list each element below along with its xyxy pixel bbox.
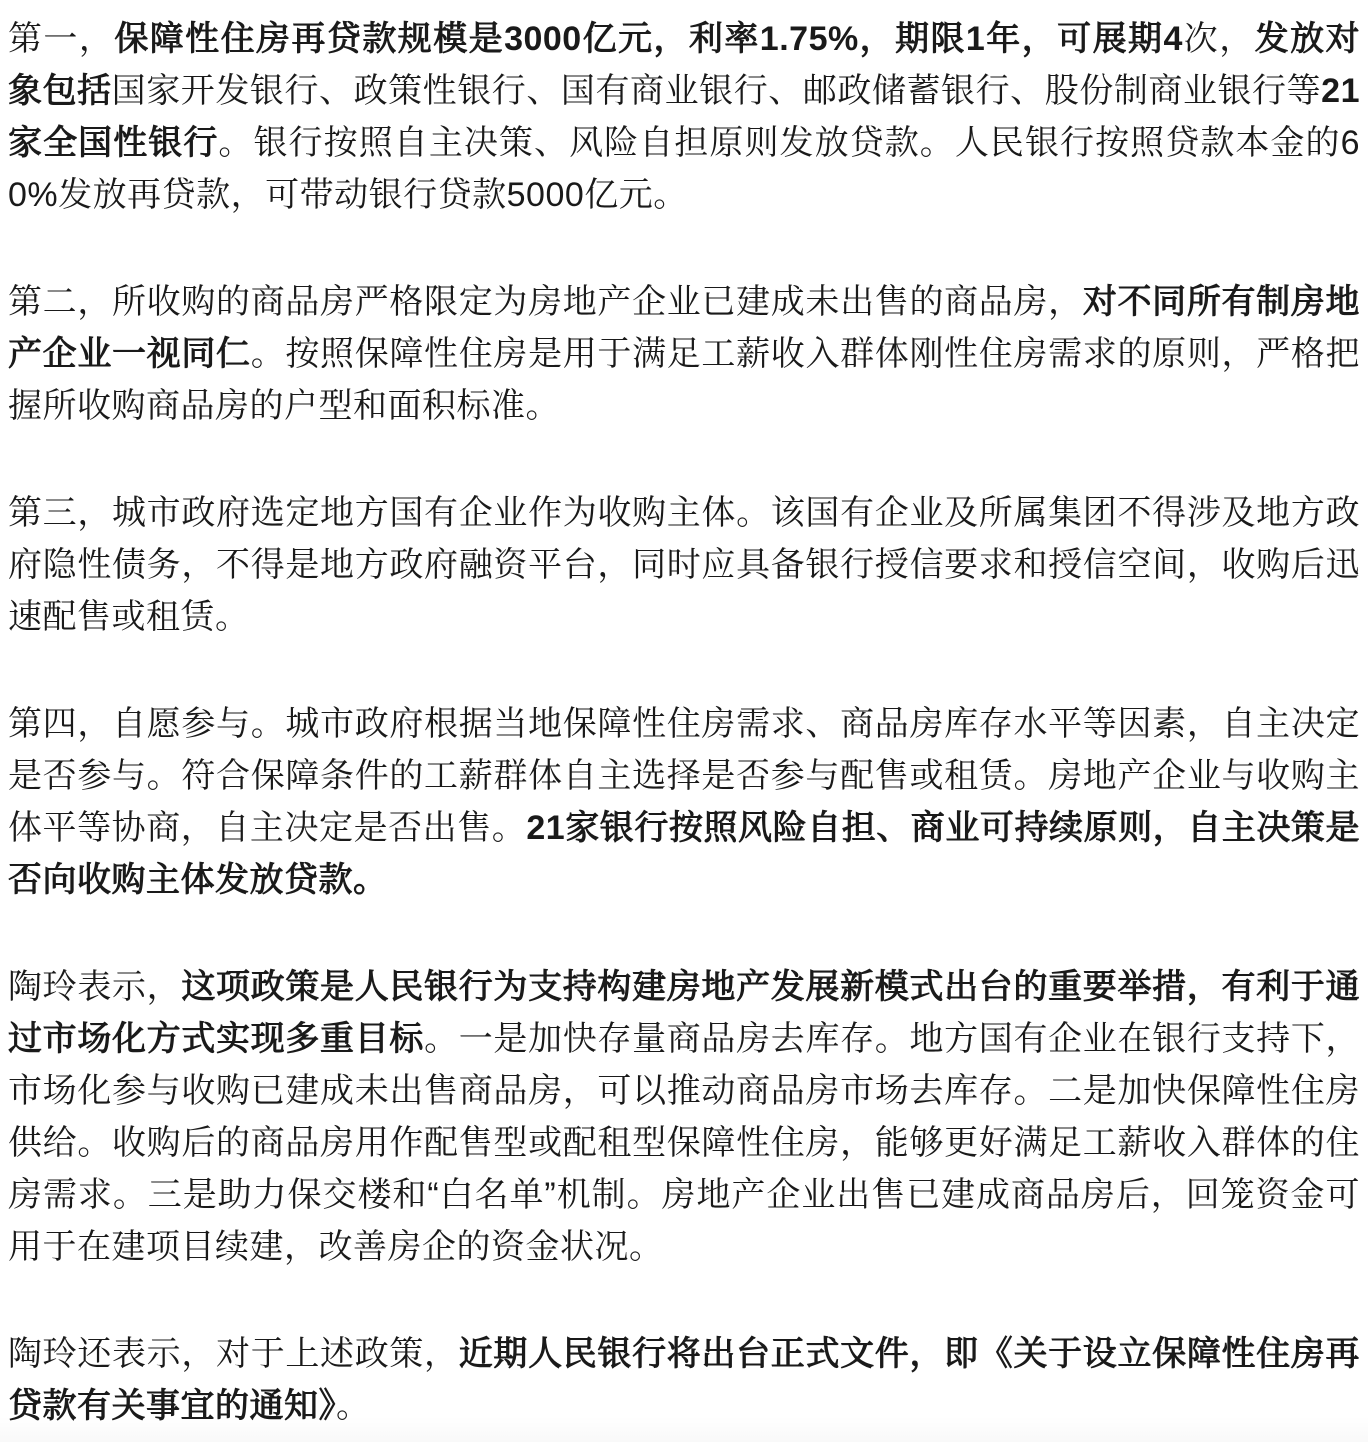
paragraph: 第四，自愿参与。城市政府根据当地保障性住房需求、商品房库存水平等因素，自主决定是…	[8, 698, 1360, 906]
text-run-bold: 保障性住房再贷款规模是3000亿元，利率1.75%，期限1年，可展期4	[114, 20, 1183, 58]
text-run-regular: 陶玲表示，	[8, 968, 181, 1006]
text-run-regular: 第三，城市政府选定地方国有企业作为收购主体。该国有企业及所属集团不得涉及地方政府…	[8, 494, 1360, 636]
text-run-regular: 第二，所收购的商品房严格限定为房地产企业已建成未出售的商品房，	[8, 283, 1083, 321]
article-page: 第一，保障性住房再贷款规模是3000亿元，利率1.75%，期限1年，可展期4次，…	[0, 0, 1368, 1442]
text-run-regular: 国家开发银行、政策性银行、国有商业银行、邮政储蓄银行、股份制商业银行等	[112, 72, 1322, 110]
paragraph: 第一，保障性住房再贷款规模是3000亿元，利率1.75%，期限1年，可展期4次，…	[8, 13, 1360, 221]
paragraph: 第二，所收购的商品房严格限定为房地产企业已建成未出售的商品房，对不同所有制房地产…	[8, 276, 1360, 432]
article-body: 第一，保障性住房再贷款规模是3000亿元，利率1.75%，期限1年，可展期4次，…	[0, 0, 1368, 1432]
text-run-regular: 次，	[1183, 20, 1255, 58]
text-run-regular: 。	[336, 1387, 371, 1425]
text-run-regular: 陶玲还表示，对于上述政策，	[8, 1335, 459, 1373]
paragraph: 陶玲还表示，对于上述政策，近期人民银行将出台正式文件，即《关于设立保障性住房再贷…	[8, 1328, 1360, 1432]
paragraph: 第三，城市政府选定地方国有企业作为收购主体。该国有企业及所属集团不得涉及地方政府…	[8, 487, 1360, 643]
text-run-regular: 第一，	[8, 20, 114, 58]
paragraph: 陶玲表示，这项政策是人民银行为支持构建房地产发展新模式出台的重要举措，有利于通过…	[8, 961, 1360, 1273]
